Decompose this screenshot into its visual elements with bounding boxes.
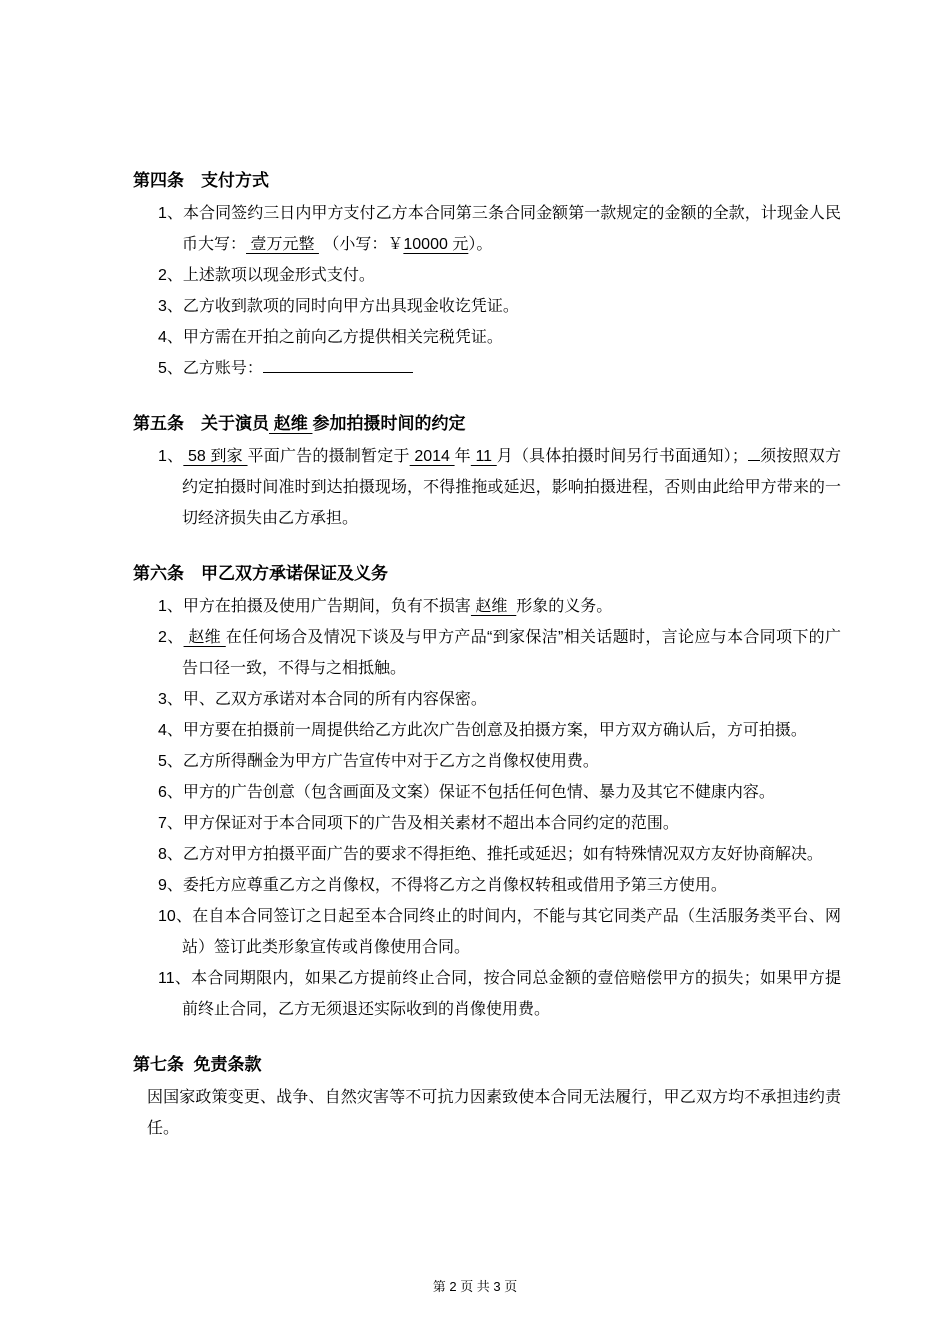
text-run: 乙方所得酬金为甲方广告宣传中对于乙方之肖像权使用费。 <box>183 753 599 770</box>
text-run: 甲方保证对于本合同项下的广告及相关素材不超出本合同约定的范围。 <box>183 815 679 832</box>
item-number: 6、 <box>158 784 183 801</box>
list-item: 6、甲方的广告创意（包含画面及文案）保证不包括任何色情、暴力及其它不健康内容。 <box>133 777 841 808</box>
text-run: 本合同期限内，如果乙方提前终止合同，按合同总金额的壹倍赔偿甲方的损失；如果甲方提… <box>182 970 841 1018</box>
page-number: 第 2 页 共 3 页 <box>0 1278 950 1295</box>
text-run: 参加拍摄时间的约定 <box>312 414 465 433</box>
item-number: 5、 <box>158 360 183 377</box>
underlined-text: 赵维 <box>269 414 312 433</box>
list-item: 4、甲方需在开拍之前向乙方提供相关完税凭证。 <box>133 322 841 353</box>
document-page: { "document": { "sections": [ { "id": "a… <box>0 0 950 1344</box>
text-run: （小写：￥ <box>319 236 403 253</box>
item-number: 10、 <box>158 908 192 925</box>
section-heading: 第五条 关于演员 赵维 参加拍摄时间的约定 <box>133 408 841 439</box>
text-run: 第四条 支付方式 <box>133 171 269 190</box>
list-item: 3、乙方收到款项的同时向甲方出具现金收讫凭证。 <box>133 291 841 322</box>
list-item: 5、乙方所得酬金为甲方广告宣传中对于乙方之肖像权使用费。 <box>133 746 841 777</box>
text-run: 第七条 免责条款 <box>133 1055 261 1074</box>
text-run: 乙方对甲方拍摄平面广告的要求不得拒绝、推托或延迟；如有特殊情况双方友好协商解决。 <box>183 846 823 863</box>
underlined-text: 2014 <box>410 448 455 465</box>
text-run: 甲方需在开拍之前向乙方提供相关完税凭证。 <box>183 329 503 346</box>
item-number: 1、 <box>158 598 183 615</box>
section-heading: 第七条 免责条款 <box>133 1049 841 1080</box>
text-run: 甲方的广告创意（包含画面及文案）保证不包括任何色情、暴力及其它不健康内容。 <box>183 784 775 801</box>
text-run: 因国家政策变更、战争、自然灾害等不可抗力因素致使本合同无法履行，甲乙双方均不承担… <box>147 1089 841 1137</box>
underlined-text: 10000 元 <box>403 236 468 253</box>
item-number: 2、 <box>158 629 184 646</box>
text-run: 在任何场合及情况下谈及与甲方产品“到家保洁”相关话题时，言论应与本合同项下的广告… <box>182 629 841 677</box>
underlined-text: 赵维 <box>471 598 516 615</box>
underlined-text: 11 <box>471 448 497 465</box>
list-item: 1、本合同签约三日内甲方支付乙方本合同第三条合同金额第一款规定的金额的全款，计现… <box>133 198 841 260</box>
text-run: 甲方在拍摄及使用广告期间，负有不损害 <box>183 598 471 615</box>
article-6-obligations: 第六条 甲乙双方承诺保证及义务1、甲方在拍摄及使用广告期间，负有不损害 赵维 形… <box>133 558 841 1025</box>
article-4-payment: 第四条 支付方式1、本合同签约三日内甲方支付乙方本合同第三条合同金额第一款规定的… <box>133 165 841 384</box>
item-number: 1、 <box>158 205 183 222</box>
list-item: 4、甲方要在拍摄前一周提供给乙方此次广告创意及拍摄方案，甲方双方确认后，方可拍摄… <box>133 715 841 746</box>
item-number: 9、 <box>158 877 183 894</box>
list-item: 5、乙方账号： <box>133 353 841 384</box>
item-number: 1、 <box>158 448 183 465</box>
list-item: 7、甲方保证对于本合同项下的广告及相关素材不超出本合同约定的范围。 <box>133 808 841 839</box>
text-run: 第五条 关于演员 <box>133 414 269 433</box>
text-run: 在自本合同签订之日起至本合同终止的时间内，不能与其它同类产品（生活服务类平台、网… <box>182 908 841 956</box>
article-7-disclaimer: 第七条 免责条款因国家政策变更、战争、自然灾害等不可抗力因素致使本合同无法履行，… <box>133 1049 841 1144</box>
text-run: 乙方账号： <box>183 360 263 377</box>
item-number: 4、 <box>158 329 183 346</box>
text-run: 月（具体拍摄时间另行书面通知）； <box>497 448 748 465</box>
item-number: 7、 <box>158 815 183 832</box>
list-item: 2、上述款项以现金形式支付。 <box>133 260 841 291</box>
text-run: 甲、乙双方承诺对本合同的所有内容保密。 <box>183 691 487 708</box>
text-run: 甲方要在拍摄前一周提供给乙方此次广告创意及拍摄方案，甲方双方确认后，方可拍摄。 <box>183 722 807 739</box>
item-number: 3、 <box>158 691 183 708</box>
list-item: 1、甲方在拍摄及使用广告期间，负有不损害 赵维 形象的义务。 <box>133 591 841 622</box>
paragraph: 因国家政策变更、战争、自然灾害等不可抗力因素致使本合同无法履行，甲乙双方均不承担… <box>133 1082 841 1144</box>
list-item: 10、在自本合同签订之日起至本合同终止的时间内，不能与其它同类产品（生活服务类平… <box>133 901 841 963</box>
list-item: 9、委托方应尊重乙方之肖像权，不得将乙方之肖像权转租或借用予第三方使用。 <box>133 870 841 901</box>
item-number: 2、 <box>158 267 183 284</box>
item-number: 4、 <box>158 722 183 739</box>
blank-underline <box>748 446 760 461</box>
text-run: 形象的义务。 <box>516 598 612 615</box>
text-run: 委托方应尊重乙方之肖像权，不得将乙方之肖像权转租或借用予第三方使用。 <box>183 877 727 894</box>
list-item: 2、 赵维 在任何场合及情况下谈及与甲方产品“到家保洁”相关话题时，言论应与本合… <box>133 622 841 684</box>
item-number: 8、 <box>158 846 183 863</box>
list-item: 1、 58 到家 平面广告的摄制暂定于 2014 年 11 月（具体拍摄时间另行… <box>133 441 841 534</box>
text-run: 乙方收到款项的同时向甲方出具现金收讫凭证。 <box>183 298 519 315</box>
text-run: 平面广告的摄制暂定于 <box>248 448 410 465</box>
list-item: 8、乙方对甲方拍摄平面广告的要求不得拒绝、推托或延迟；如有特殊情况双方友好协商解… <box>133 839 841 870</box>
item-number: 3、 <box>158 298 183 315</box>
section-heading: 第四条 支付方式 <box>133 165 841 196</box>
contract-body: 第四条 支付方式1、本合同签约三日内甲方支付乙方本合同第三条合同金额第一款规定的… <box>133 165 841 1144</box>
text-run: ）。 <box>468 236 492 253</box>
underlined-text: 壹万元整 <box>246 236 319 253</box>
item-number: 5、 <box>158 753 183 770</box>
list-item: 3、甲、乙双方承诺对本合同的所有内容保密。 <box>133 684 841 715</box>
text-run: 年 <box>455 448 471 465</box>
section-heading: 第六条 甲乙双方承诺保证及义务 <box>133 558 841 589</box>
blank-underline <box>263 358 413 373</box>
article-5-shooting-time: 第五条 关于演员 赵维 参加拍摄时间的约定1、 58 到家 平面广告的摄制暂定于… <box>133 408 841 534</box>
item-number: 11、 <box>158 970 191 987</box>
underlined-text: 58 到家 <box>183 448 247 465</box>
text-run: 第六条 甲乙双方承诺保证及义务 <box>133 564 388 583</box>
list-item: 11、本合同期限内，如果乙方提前终止合同，按合同总金额的壹倍赔偿甲方的损失；如果… <box>133 963 841 1025</box>
underlined-text: 赵维 <box>184 629 226 646</box>
text-run: 上述款项以现金形式支付。 <box>183 267 375 284</box>
